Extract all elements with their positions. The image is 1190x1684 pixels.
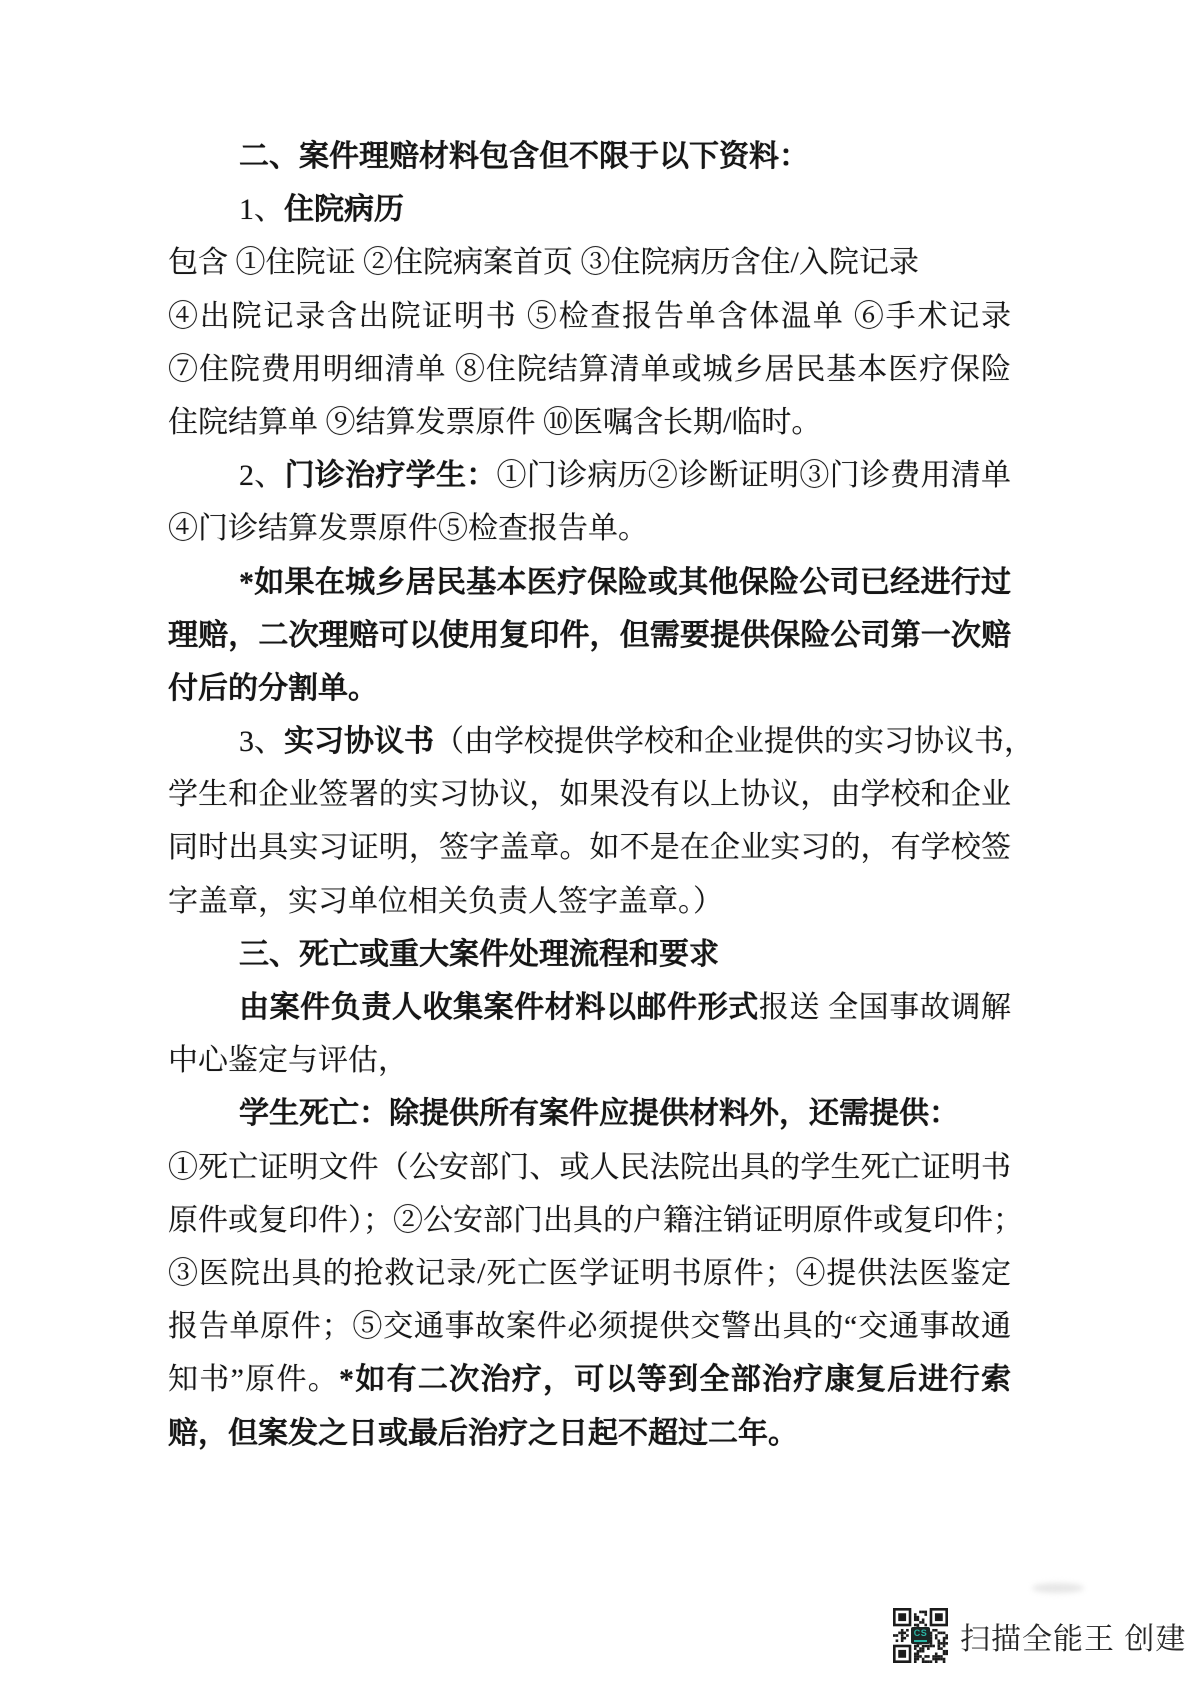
text-line: 1、住院病历 xyxy=(168,183,1011,236)
text-line: ⑦住院费用明细清单 ⑧住院结算清单或城乡居民基本医疗保险 xyxy=(168,343,1011,396)
document-body: 二、案件理赔材料包含但不限于以下资料：1、住院病历包含 ①住院证 ②住院病案首页… xyxy=(168,130,1011,1460)
text-segment: （由学校提供学校和企业提供的实习协议书， xyxy=(434,725,1034,758)
text-segment: 学生和企业签署的实习协议，如果没有以上协议，由学校和企业 xyxy=(168,778,1011,811)
scanned-document-page: 二、案件理赔材料包含但不限于以下资料：1、住院病历包含 ①住院证 ②住院病案首页… xyxy=(0,0,1190,1684)
text-segment: ④门诊结算发票原件⑤检查报告单。 xyxy=(168,512,648,545)
text-segment: 字盖章，实习单位相关负责人签字盖章。） xyxy=(168,885,723,918)
text-line: ③医院出具的抢救记录/死亡医学证明书原件；④提供法医鉴定 xyxy=(168,1247,1011,1300)
text-line: ①死亡证明文件（公安部门、或人民法院出具的学生死亡证明书 xyxy=(168,1141,1011,1194)
text-segment: 三、死亡或重大案件处理流程和要求 xyxy=(239,938,719,971)
text-line: 知书”原件。*如有二次治疗，可以等到全部治疗康复后进行索 xyxy=(168,1353,1011,1406)
text-line: *如果在城乡居民基本医疗保险或其他保险公司已经进行过 xyxy=(168,556,1011,609)
text-segment: 实习协议书 xyxy=(284,725,434,758)
text-line: 赔，但案发之日或最后治疗之日起不超过二年。 xyxy=(168,1407,1011,1460)
text-segment: ④出院记录含出院证明书 ⑤检查报告单含体温单 ⑥手术记录 xyxy=(168,300,1011,333)
text-segment: 知书”原件。 xyxy=(168,1363,339,1396)
text-line: 同时出具实习证明，签字盖章。如不是在企业实习的，有学校签 xyxy=(168,821,1011,874)
text-segment: 中心鉴定与评估， xyxy=(168,1044,408,1077)
text-segment: 包含 ①住院证 ②住院病案首页 ③住院病历含住/入院记录 xyxy=(168,246,919,279)
text-line: 理赔，二次理赔可以使用复印件，但需要提供保险公司第一次赔 xyxy=(168,609,1011,662)
text-line: 二、案件理赔材料包含但不限于以下资料： xyxy=(168,130,1011,183)
scanner-footer: CS 扫描全能王 创建 xyxy=(893,1608,1186,1663)
text-line: 住院结算单 ⑨结算发票原件 ⑩医嘱含长期/临时。 xyxy=(168,396,1011,449)
text-segment: 理赔，二次理赔可以使用复印件，但需要提供保险公司第一次赔 xyxy=(168,619,1011,652)
text-segment: ①死亡证明文件（公安部门、或人民法院出具的学生死亡证明书 xyxy=(168,1151,1011,1184)
text-segment: ⑦住院费用明细清单 ⑧住院结算清单或城乡居民基本医疗保险 xyxy=(168,353,1011,386)
text-segment: 住院病历 xyxy=(284,193,404,226)
scanner-credit-text: 扫描全能王 创建 xyxy=(960,1614,1186,1658)
text-segment: 原件或复印件）；②公安部门出具的户籍注销证明原件或复印件； xyxy=(168,1204,1023,1237)
scan-artifact xyxy=(1032,1583,1084,1593)
text-segment: 报送 全国事故调解 xyxy=(759,991,1011,1024)
text-segment: 报告单原件；⑤交通事故案件必须提供交警出具的“交通事故通 xyxy=(168,1310,1011,1343)
text-segment: 住院结算单 ⑨结算发票原件 ⑩医嘱含长期/临时。 xyxy=(168,406,821,439)
text-line: 包含 ①住院证 ②住院病案首页 ③住院病历含住/入院记录 xyxy=(168,236,1011,289)
text-line: 2、门诊治疗学生：①门诊病历②诊断证明③门诊费用清单 xyxy=(168,449,1011,502)
text-line: 字盖章，实习单位相关负责人签字盖章。） xyxy=(168,875,1011,928)
text-segment: *如果在城乡居民基本医疗保险或其他保险公司已经进行过 xyxy=(239,566,1011,599)
text-segment: ③医院出具的抢救记录/死亡医学证明书原件；④提供法医鉴定 xyxy=(168,1257,1011,1290)
camscanner-badge-text: CS xyxy=(914,1629,928,1638)
text-line: ④出院记录含出院证明书 ⑤检查报告单含体温单 ⑥手术记录 xyxy=(168,290,1011,343)
text-line: 学生死亡：除提供所有案件应提供材料外，还需提供： xyxy=(168,1087,1011,1140)
text-line: 原件或复印件）；②公安部门出具的户籍注销证明原件或复印件； xyxy=(168,1194,1011,1247)
text-line: 学生和企业签署的实习协议，如果没有以上协议，由学校和企业 xyxy=(168,768,1011,821)
qr-code-icon: CS xyxy=(893,1608,948,1663)
text-segment: 1、 xyxy=(239,193,284,226)
text-segment: 赔，但案发之日或最后治疗之日起不超过二年。 xyxy=(168,1417,798,1450)
text-segment: 门诊治疗学生： xyxy=(285,459,497,492)
text-segment: 付后的分割单。 xyxy=(168,672,378,705)
text-line: 报告单原件；⑤交通事故案件必须提供交警出具的“交通事故通 xyxy=(168,1300,1011,1353)
text-line: 由案件负责人收集案件材料以邮件形式报送 全国事故调解 xyxy=(168,981,1011,1034)
text-segment: 学生死亡：除提供所有案件应提供材料外，还需提供： xyxy=(239,1097,959,1130)
text-segment: 同时出具实习证明，签字盖章。如不是在企业实习的，有学校签 xyxy=(168,831,1011,864)
text-segment: 3、 xyxy=(239,725,284,758)
camscanner-badge-bar xyxy=(914,1640,927,1643)
text-segment: 2、 xyxy=(239,459,285,492)
text-segment: *如有二次治疗，可以等到全部治疗康复后进行索 xyxy=(339,1363,1011,1396)
text-segment: 由案件负责人收集案件材料以邮件形式 xyxy=(239,991,759,1024)
text-segment: ①门诊病历②诊断证明③门诊费用清单 xyxy=(497,459,1011,492)
text-line: 中心鉴定与评估， xyxy=(168,1034,1011,1087)
text-line: ④门诊结算发票原件⑤检查报告单。 xyxy=(168,502,1011,555)
text-segment: 二、案件理赔材料包含但不限于以下资料： xyxy=(239,140,809,173)
text-line: 付后的分割单。 xyxy=(168,662,1011,715)
camscanner-badge-icon: CS xyxy=(911,1627,930,1644)
text-line: 三、死亡或重大案件处理流程和要求 xyxy=(168,928,1011,981)
text-line: 3、实习协议书（由学校提供学校和企业提供的实习协议书， xyxy=(168,715,1011,768)
